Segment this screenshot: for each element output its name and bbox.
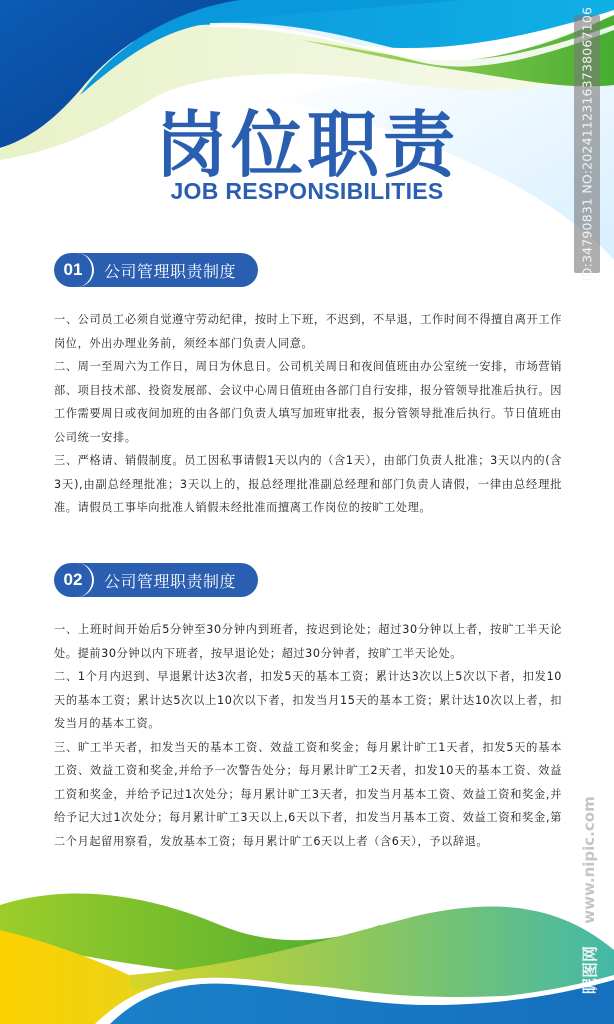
paragraph: 三、旷工半天者，扣发当天的基本工资、效益工资和奖金；每月累计旷工1天者，扣发5天…	[54, 736, 562, 854]
watermark-site: www.nipic.com 昵图网	[579, 780, 599, 1010]
section-number: 01	[54, 253, 94, 287]
section-header-02: 02 公司管理职责制度	[54, 563, 258, 597]
section-header-01: 01 公司管理职责制度	[54, 253, 258, 287]
page-title: 岗位职责	[0, 100, 614, 190]
section-body-02: 一、上班时间开始后5分钟至30分钟内到班者，按迟到论处；超过30分钟以上者，按旷…	[54, 618, 562, 853]
paragraph: 二、1个月内迟到、早退累计达3次者，扣发5天的基本工资；累计达3次以上5次以下者…	[54, 665, 562, 736]
watermark-url: www.nipic.com	[580, 796, 598, 923]
watermark-id-text: ID:34790831 NO:20241123163738067106	[580, 7, 595, 281]
paragraph: 三、严格请、销假制度。员工因私事请假1天以内的（含1天），由部门负责人批准；3天…	[54, 449, 562, 520]
page-subtitle: JOB RESPONSIBILITIES	[0, 178, 614, 205]
section-number: 02	[54, 563, 94, 597]
paragraph: 一、上班时间开始后5分钟至30分钟内到班者，按迟到论处；超过30分钟以上者，按旷…	[54, 618, 562, 665]
section-body-01: 一、公司员工必须自觉遵守劳动纪律，按时上下班，不迟到，不早退，工作时间不得擅自离…	[54, 308, 562, 520]
watermark-id-strip: ID:34790831 NO:20241123163738067106	[574, 15, 600, 273]
paragraph: 二、周一至周六为工作日，周日为休息日。公司机关周日和夜间值班由办公室统一安排，市…	[54, 355, 562, 449]
watermark-logo: 昵图网	[578, 946, 601, 994]
section-heading: 公司管理职责制度	[104, 259, 236, 282]
paragraph: 一、公司员工必须自觉遵守劳动纪律，按时上下班，不迟到，不早退，工作时间不得擅自离…	[54, 308, 562, 355]
section-heading: 公司管理职责制度	[104, 569, 236, 592]
